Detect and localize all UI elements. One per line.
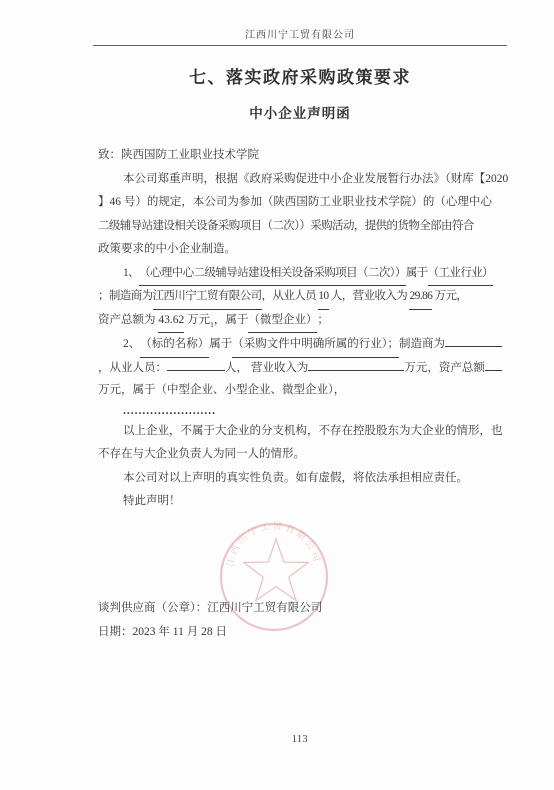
- doc-line: 本公司郑重声明，根据《政府采购促进中小企业发展暂行办法》（财库【2020: [98, 168, 502, 192]
- document-body: 致：陕西国防工业职业技术学院本公司郑重声明，根据《政府采购促进中小企业发展暂行办…: [98, 144, 502, 514]
- text-segment: 2、: [123, 333, 140, 357]
- blank-field: [485, 356, 502, 371]
- doc-line: ，从业人员：人， 营业收入为万元，资产总额: [98, 356, 502, 380]
- text-segment: 1、: [123, 262, 139, 286]
- doc-line: 政策要求的中小企业制造。: [98, 238, 502, 262]
- underlined-text: （心理中心二级辅导站建设相关设备采购项目（二次））: [139, 262, 406, 287]
- doc-line: 万元，属于（中型企业、小型企业、微型企业），: [98, 379, 502, 403]
- doc-line: ；制造商为江西川宁工贸有限公司，从业人员 10 人，营业收入为 29.86 万元…: [98, 285, 502, 309]
- header-divider: [93, 45, 507, 46]
- doc-line: 资产总额为 43.62 万元1，属于（微型企业）；: [98, 309, 502, 333]
- text-segment: 属于: [209, 333, 232, 357]
- doc-line: 不存在与大企业负责人为同一人的情形。: [98, 443, 502, 467]
- page-header-company: 江西川宁工贸有限公司: [98, 26, 502, 41]
- text-segment: 人，营业收入为: [329, 285, 410, 309]
- text-segment: 致：陕西国防工业职业技术学院: [98, 144, 259, 168]
- text-segment: ；: [317, 309, 329, 333]
- text-segment: 属于: [406, 262, 428, 286]
- text-segment: ，从业人员：: [98, 357, 167, 381]
- text-segment: 谈判供应商（公章）：江西川宁工贸有限公司: [98, 596, 322, 620]
- page-number: 113: [98, 734, 502, 745]
- doc-line: 致：陕西国防工业职业技术学院: [98, 144, 502, 168]
- blank-field: [167, 356, 225, 371]
- text-segment: 本公司郑重声明，根据《政府采购促进中小企业发展暂行办法》（财库【2020: [123, 168, 508, 192]
- text-segment: 万元，: [432, 285, 467, 309]
- doc-line: 日期：2023 年 11 月 28 日: [98, 620, 502, 644]
- doc-line: 本公司对以上声明的真实性负责。如有虚假，将依法承担相应责任。: [98, 467, 502, 491]
- section-title: 七、落实政府采购政策要求: [78, 63, 522, 88]
- doc-line: 谈判供应商（公章）：江西川宁工贸有限公司: [98, 596, 502, 620]
- blank-field: [445, 332, 502, 347]
- signature-block: 谈判供应商（公章）：江西川宁工贸有限公司日期：2023 年 11 月 28 日: [98, 596, 502, 644]
- text-segment: 万元，资产总额: [404, 357, 485, 381]
- blank-field: [308, 356, 404, 371]
- doc-line: 】46 号）的规定，本公司为参加（陕西国防工业职业技术学院）的（心理中心: [98, 191, 502, 215]
- text-segment: ；制造商为: [98, 285, 153, 309]
- document-title: 中小企业声明函: [78, 102, 522, 122]
- svg-text:江西川宁工贸有限公司: 江西川宁工贸有限公司: [225, 521, 323, 568]
- underlined-text: （标的名称）: [140, 333, 209, 358]
- doc-line: 二级辅导站建设相关设备采购项目（二次））采购活动，提供的货物全部由符合: [98, 215, 502, 239]
- text-segment: 以上企业，不属于大企业的分支机构，不存在控股股东为大企业的情形，也: [123, 420, 503, 444]
- text-segment: ，属于: [214, 309, 249, 333]
- text-segment: 人， 营业收入为: [225, 357, 308, 381]
- doc-line: 特此声明！: [98, 490, 502, 514]
- underlined-text: （微型企业）: [248, 309, 317, 334]
- text-segment: 本公司对以上声明的真实性负责。如有虚假，将依法承担相应责任。: [123, 467, 468, 491]
- text-segment: 万元: [184, 309, 210, 333]
- underlined-text: （采购文件中明确所属的行业）；: [232, 333, 399, 358]
- doc-line: 以上企业，不属于大企业的分支机构，不存在控股股东为大企业的情形，也: [98, 420, 502, 444]
- underlined-text: 29.86: [409, 285, 432, 310]
- underlined-text: 10: [318, 285, 328, 310]
- underlined-text: （工业行业）: [428, 262, 493, 287]
- doc-line: ........................: [98, 403, 502, 420]
- seal-star-icon: [244, 539, 309, 601]
- document-page: 江西川宁工贸有限公司 七、落实政府采购政策要求 中小企业声明函 致：陕西国防工业…: [0, 0, 554, 790]
- underlined-text: 43.62: [158, 309, 184, 334]
- underlined-text: 江西川宁工贸有限公司: [153, 285, 262, 310]
- text-segment: 万元，属于（中型企业、小型企业、微型企业），: [98, 379, 345, 403]
- text-segment: 日期：2023 年 11 月 28 日: [98, 620, 227, 644]
- doc-line: 2、（标的名称）属于（采购文件中明确所属的行业）；制造商为: [98, 332, 502, 356]
- text-segment: 特此声明！: [123, 490, 181, 514]
- text-segment: 资产总额为: [98, 309, 158, 333]
- text-segment: 政策要求的中小企业制造。: [98, 238, 236, 262]
- text-segment: ........................: [123, 403, 216, 420]
- doc-line: 1、（心理中心二级辅导站建设相关设备采购项目（二次））属于（工业行业）: [98, 262, 502, 286]
- seal-arc-text: 江西川宁工贸有限公司: [225, 521, 323, 568]
- text-segment: ，从业人员: [262, 285, 319, 309]
- text-segment: 制造商为: [399, 333, 445, 357]
- text-segment: 】46 号）的规定，本公司为参加（陕西国防工业职业技术学院）的（心理中心: [98, 191, 492, 215]
- text-segment: 二级辅导站建设相关设备采购项目（二次））采购活动，提供的货物全部由符合: [98, 215, 474, 239]
- text-segment: 不存在与大企业负责人为同一人的情形。: [98, 443, 305, 467]
